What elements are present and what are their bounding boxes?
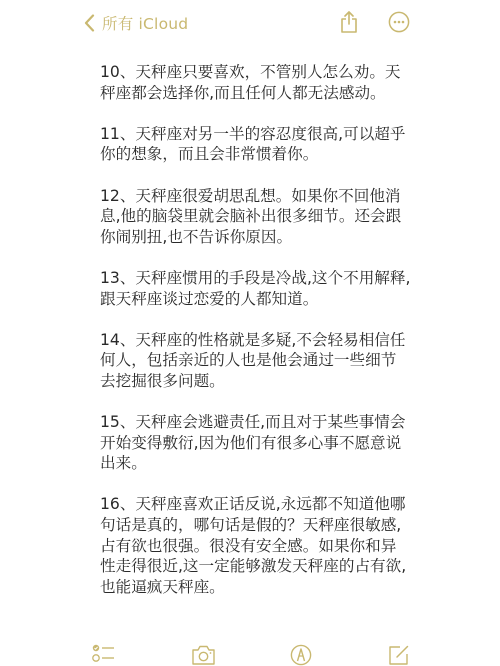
note-line: 去挖掘很多问题。 (100, 371, 400, 392)
checklist-button[interactable] (92, 644, 116, 666)
note-line: 16、天秤座喜欢正话反说,永远都不知道他哪 (100, 494, 400, 515)
markup-button[interactable] (290, 644, 312, 666)
note-line: 何人，包括亲近的人也是他会通过一些细节 (100, 350, 400, 371)
note-line: 11、天秤座对另一半的容忍度很高,可以超乎 (100, 124, 400, 145)
note-line: 10、天秤座只要喜欢，不管别人怎么劝。天 (100, 62, 400, 83)
camera-button[interactable] (191, 644, 216, 666)
markup-pen-icon (290, 644, 312, 666)
note-line: 开始变得敷衍,因为他们有很多心事不愿意说 (100, 433, 400, 454)
camera-icon (191, 644, 216, 666)
note-line: 15、天秤座会逃避责任,而且对于某些事情会 (100, 412, 400, 433)
share-icon (339, 11, 359, 33)
note-paragraph: 15、天秤座会逃避责任,而且对于某些事情会 开始变得敷衍,因为他们有很多心事不愿… (100, 412, 400, 474)
note-line: 13、天秤座惯用的手段是冷战,这个不用解释, (100, 268, 400, 289)
more-button[interactable] (388, 11, 410, 33)
bottom-toolbar (0, 636, 500, 666)
note-line: 句话是真的，哪句话是假的？天秤座很敏感, (100, 515, 400, 536)
note-paragraph: 13、天秤座惯用的手段是冷战,这个不用解释, 跟天秤座谈过恋爱的人都知道。 (100, 268, 400, 309)
note-paragraph: 11、天秤座对另一半的容忍度很高,可以超乎 你的想象，而且会非常惯着你。 (100, 124, 400, 165)
note-line: 你的想象，而且会非常惯着你。 (100, 144, 400, 165)
back-label: 所有 iCloud (102, 12, 188, 34)
note-line: 14、天秤座的性格就是多疑,不会轻易相信任 (100, 330, 400, 351)
checklist-icon (92, 644, 116, 666)
compose-button[interactable] (388, 644, 410, 666)
note-line: 跟天秤座谈过恋爱的人都知道。 (100, 289, 400, 310)
navigation-bar: 所有 iCloud (0, 0, 500, 44)
ellipsis-circle-icon (388, 11, 410, 33)
note-line: 也能逼疯天秤座。 (100, 577, 400, 598)
chevron-left-icon (84, 14, 95, 32)
note-line: 占有欲也很强。很没有安全感。如果你和异 (100, 536, 400, 557)
note-line: 你闹别扭,也不告诉你原因。 (100, 227, 400, 248)
note-paragraph: 10、天秤座只要喜欢，不管别人怎么劝。天 秤座都会选择你,而且任何人都无法感动。 (100, 62, 400, 103)
note-line: 秤座都会选择你,而且任何人都无法感动。 (100, 83, 400, 104)
back-button[interactable]: 所有 iCloud (84, 12, 188, 34)
compose-icon (388, 644, 410, 666)
note-line: 出来。 (100, 453, 400, 474)
note-line: 12、天秤座很爱胡思乱想。如果你不回他消 (100, 186, 400, 207)
note-line: 息,他的脑袋里就会脑补出很多细节。还会跟 (100, 206, 400, 227)
note-paragraph: 14、天秤座的性格就是多疑,不会轻易相信任 何人，包括亲近的人也是他会通过一些细… (100, 330, 400, 392)
note-body[interactable]: 10、天秤座只要喜欢，不管别人怎么劝。天 秤座都会选择你,而且任何人都无法感动。… (100, 62, 400, 618)
note-paragraph: 16、天秤座喜欢正话反说,永远都不知道他哪 句话是真的，哪句话是假的？天秤座很敏… (100, 494, 400, 597)
share-button[interactable] (339, 11, 359, 33)
note-paragraph: 12、天秤座很爱胡思乱想。如果你不回他消 息,他的脑袋里就会脑补出很多细节。还会… (100, 186, 400, 248)
note-line: 性走得很近,这一定能够激发天秤座的占有欲, (100, 556, 400, 577)
